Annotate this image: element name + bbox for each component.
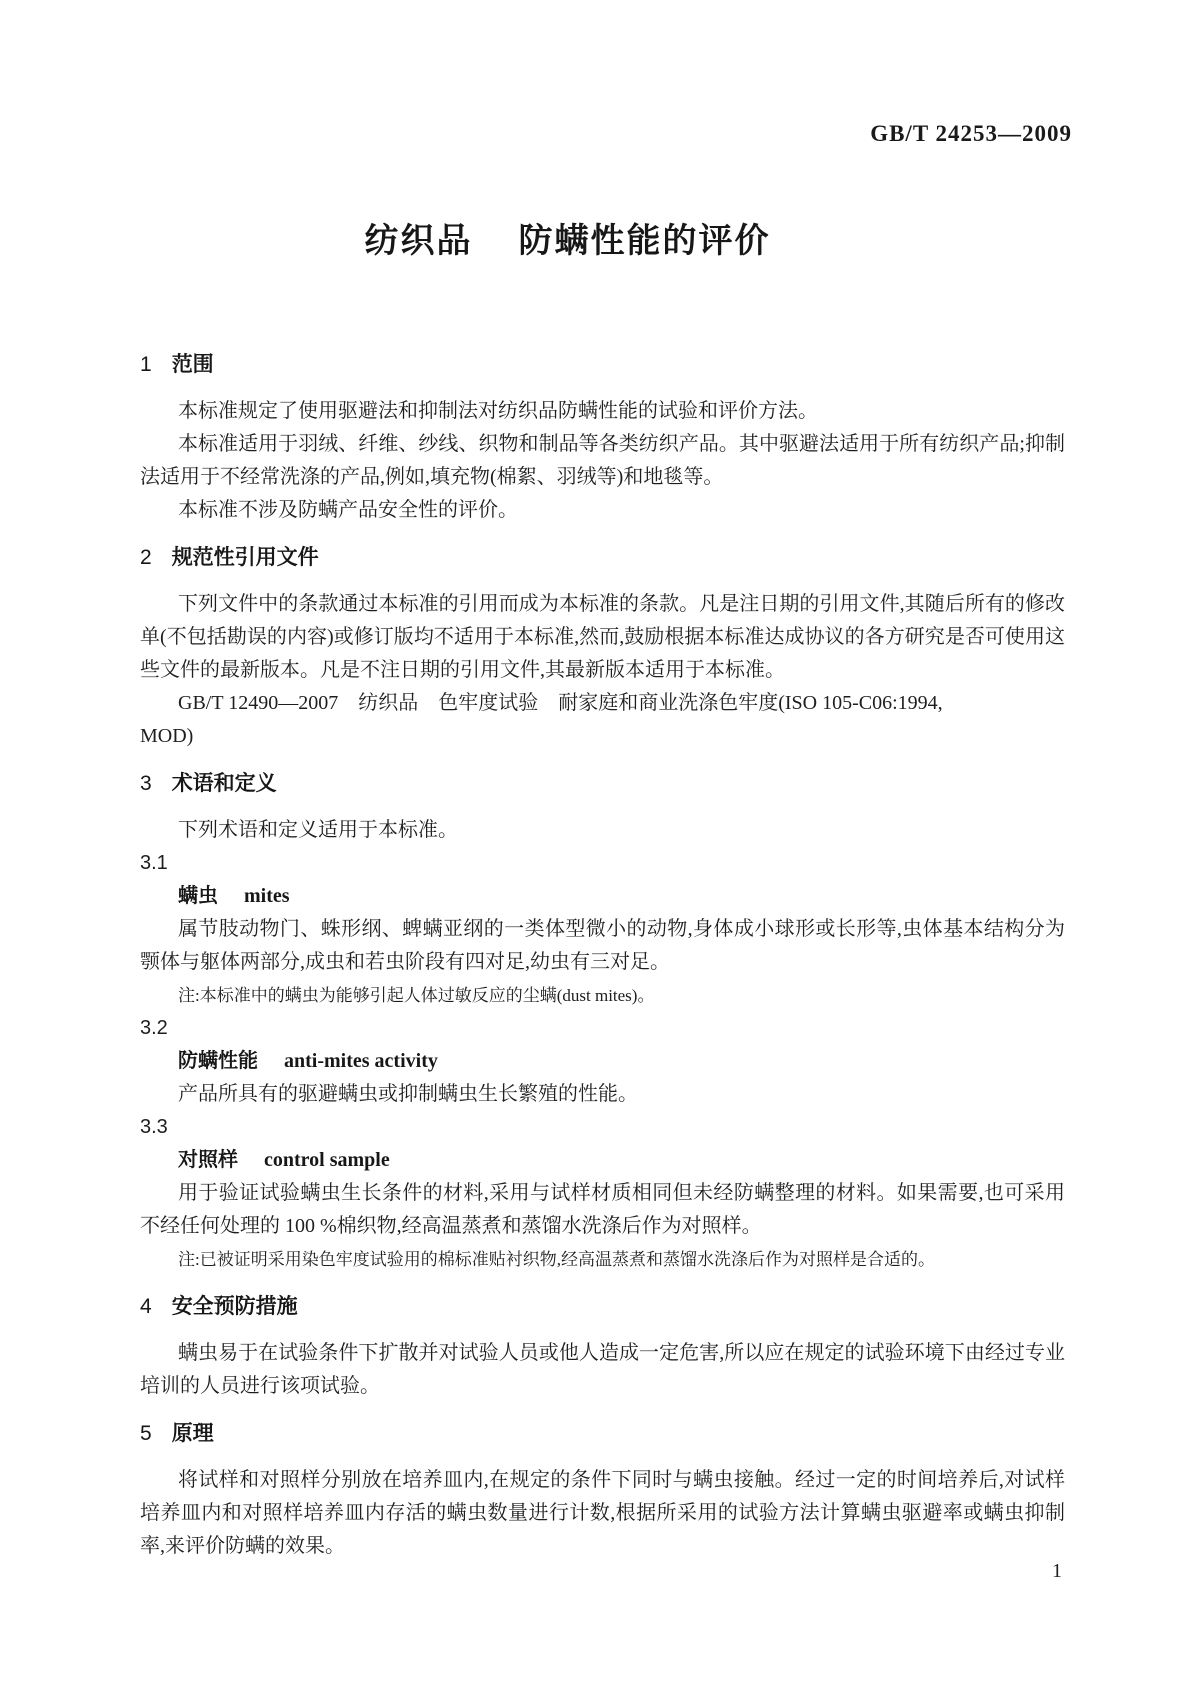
term-line: 螨虫mites: [140, 880, 1065, 913]
clause-number: 3.2: [140, 1012, 1065, 1045]
term-english: control sample: [264, 1149, 390, 1171]
term-3-2-anti-mites-activity: 3.2 防螨性能anti-mites activity 产品所具有的驱避螨虫或抑…: [140, 1012, 1065, 1111]
section-terms-and-definitions: 3术语和定义 下列术语和定义适用于本标准。 3.1 螨虫mites 属节肢动物门…: [140, 767, 1065, 1276]
term-chinese: 螨虫: [178, 885, 218, 907]
section-number: 4: [140, 1290, 152, 1323]
section-number: 1: [140, 348, 152, 381]
section-title: 规范性引用文件: [172, 546, 319, 569]
terms-intro: 下列术语和定义适用于本标准。: [140, 814, 1065, 847]
paragraph: 螨虫易于在试验条件下扩散并对试验人员或他人造成一定危害,所以应在规定的试验环境下…: [140, 1337, 1065, 1403]
term-3-1-mites: 3.1 螨虫mites 属节肢动物门、蛛形纲、蜱螨亚纲的一类体型微小的动物,身体…: [140, 847, 1065, 1012]
document-title: 纺织品防螨性能的评价: [140, 220, 1065, 262]
paragraph: 下列文件中的条款通过本标准的引用而成为本标准的条款。凡是注日期的引用文件,其随后…: [140, 588, 1065, 687]
term-note: 注:已被证明采用染色牢度试验用的棉标准贴衬织物,经高温蒸煮和蒸馏水洗涤后作为对照…: [178, 1243, 1065, 1276]
referenced-standard: GB/T 12490—2007 纺织品 色牢度试验 耐家庭和商业洗涤色牢度(IS…: [140, 687, 1065, 753]
term-note: 注:本标准中的螨虫为能够引起人体过敏反应的尘螨(dust mites)。: [178, 979, 1065, 1012]
paragraph: 本标准不涉及防螨产品安全性的评价。: [140, 494, 1065, 527]
term-definition: 用于验证试验螨虫生长条件的材料,采用与试样材质相同但未经防螨整理的材料。如果需要…: [140, 1177, 1065, 1243]
section-normative-references: 2规范性引用文件 下列文件中的条款通过本标准的引用而成为本标准的条款。凡是注日期…: [140, 541, 1065, 753]
section-number: 2: [140, 541, 152, 574]
section-heading: 4安全预防措施: [140, 1290, 1065, 1323]
section-number: 3: [140, 767, 152, 800]
title-part-topic: 防螨性能的评价: [519, 222, 771, 260]
section-title: 术语和定义: [172, 772, 277, 795]
section-heading: 2规范性引用文件: [140, 541, 1065, 574]
section-number: 5: [140, 1417, 152, 1450]
page-number: 1: [1052, 1560, 1062, 1583]
section-heading: 5原理: [140, 1417, 1065, 1450]
term-chinese: 防螨性能: [178, 1050, 258, 1072]
section-heading: 3术语和定义: [140, 767, 1065, 800]
section-safety-precautions: 4安全预防措施 螨虫易于在试验条件下扩散并对试验人员或他人造成一定危害,所以应在…: [140, 1290, 1065, 1403]
section-principle: 5原理 将试样和对照样分别放在培养皿内,在规定的条件下同时与螨虫接触。经过一定的…: [140, 1417, 1065, 1563]
clause-number: 3.1: [140, 847, 1065, 880]
section-title: 安全预防措施: [172, 1295, 298, 1318]
section-title: 范围: [172, 353, 214, 376]
paragraph: 将试样和对照样分别放在培养皿内,在规定的条件下同时与螨虫接触。经过一定的时间培养…: [140, 1464, 1065, 1563]
term-3-3-control-sample: 3.3 对照样control sample 用于验证试验螨虫生长条件的材料,采用…: [140, 1111, 1065, 1276]
title-part-subject: 纺织品: [365, 222, 473, 260]
term-english: anti-mites activity: [284, 1050, 438, 1072]
section-title: 原理: [172, 1422, 214, 1445]
term-chinese: 对照样: [178, 1149, 238, 1171]
section-heading: 1范围: [140, 348, 1065, 381]
paragraph: 本标准适用于羽绒、纤维、纱线、织物和制品等各类纺织产品。其中驱避法适用于所有纺织…: [140, 428, 1065, 494]
document-page: GB/T 24253—2009 纺织品防螨性能的评价 1范围 本标准规定了使用驱…: [0, 0, 1200, 1700]
page-content: 纺织品防螨性能的评价 1范围 本标准规定了使用驱避法和抑制法对纺织品防螨性能的试…: [140, 0, 1065, 1563]
clause-number: 3.3: [140, 1111, 1065, 1144]
term-line: 防螨性能anti-mites activity: [140, 1045, 1065, 1078]
section-scope: 1范围 本标准规定了使用驱避法和抑制法对纺织品防螨性能的试验和评价方法。 本标准…: [140, 348, 1065, 527]
term-english: mites: [244, 885, 290, 907]
term-definition: 属节肢动物门、蛛形纲、蜱螨亚纲的一类体型微小的动物,身体成小球形或长形等,虫体基…: [140, 913, 1065, 979]
term-definition: 产品所具有的驱避螨虫或抑制螨虫生长繁殖的性能。: [140, 1078, 1065, 1111]
term-line: 对照样control sample: [140, 1144, 1065, 1177]
paragraph: 本标准规定了使用驱避法和抑制法对纺织品防螨性能的试验和评价方法。: [140, 395, 1065, 428]
